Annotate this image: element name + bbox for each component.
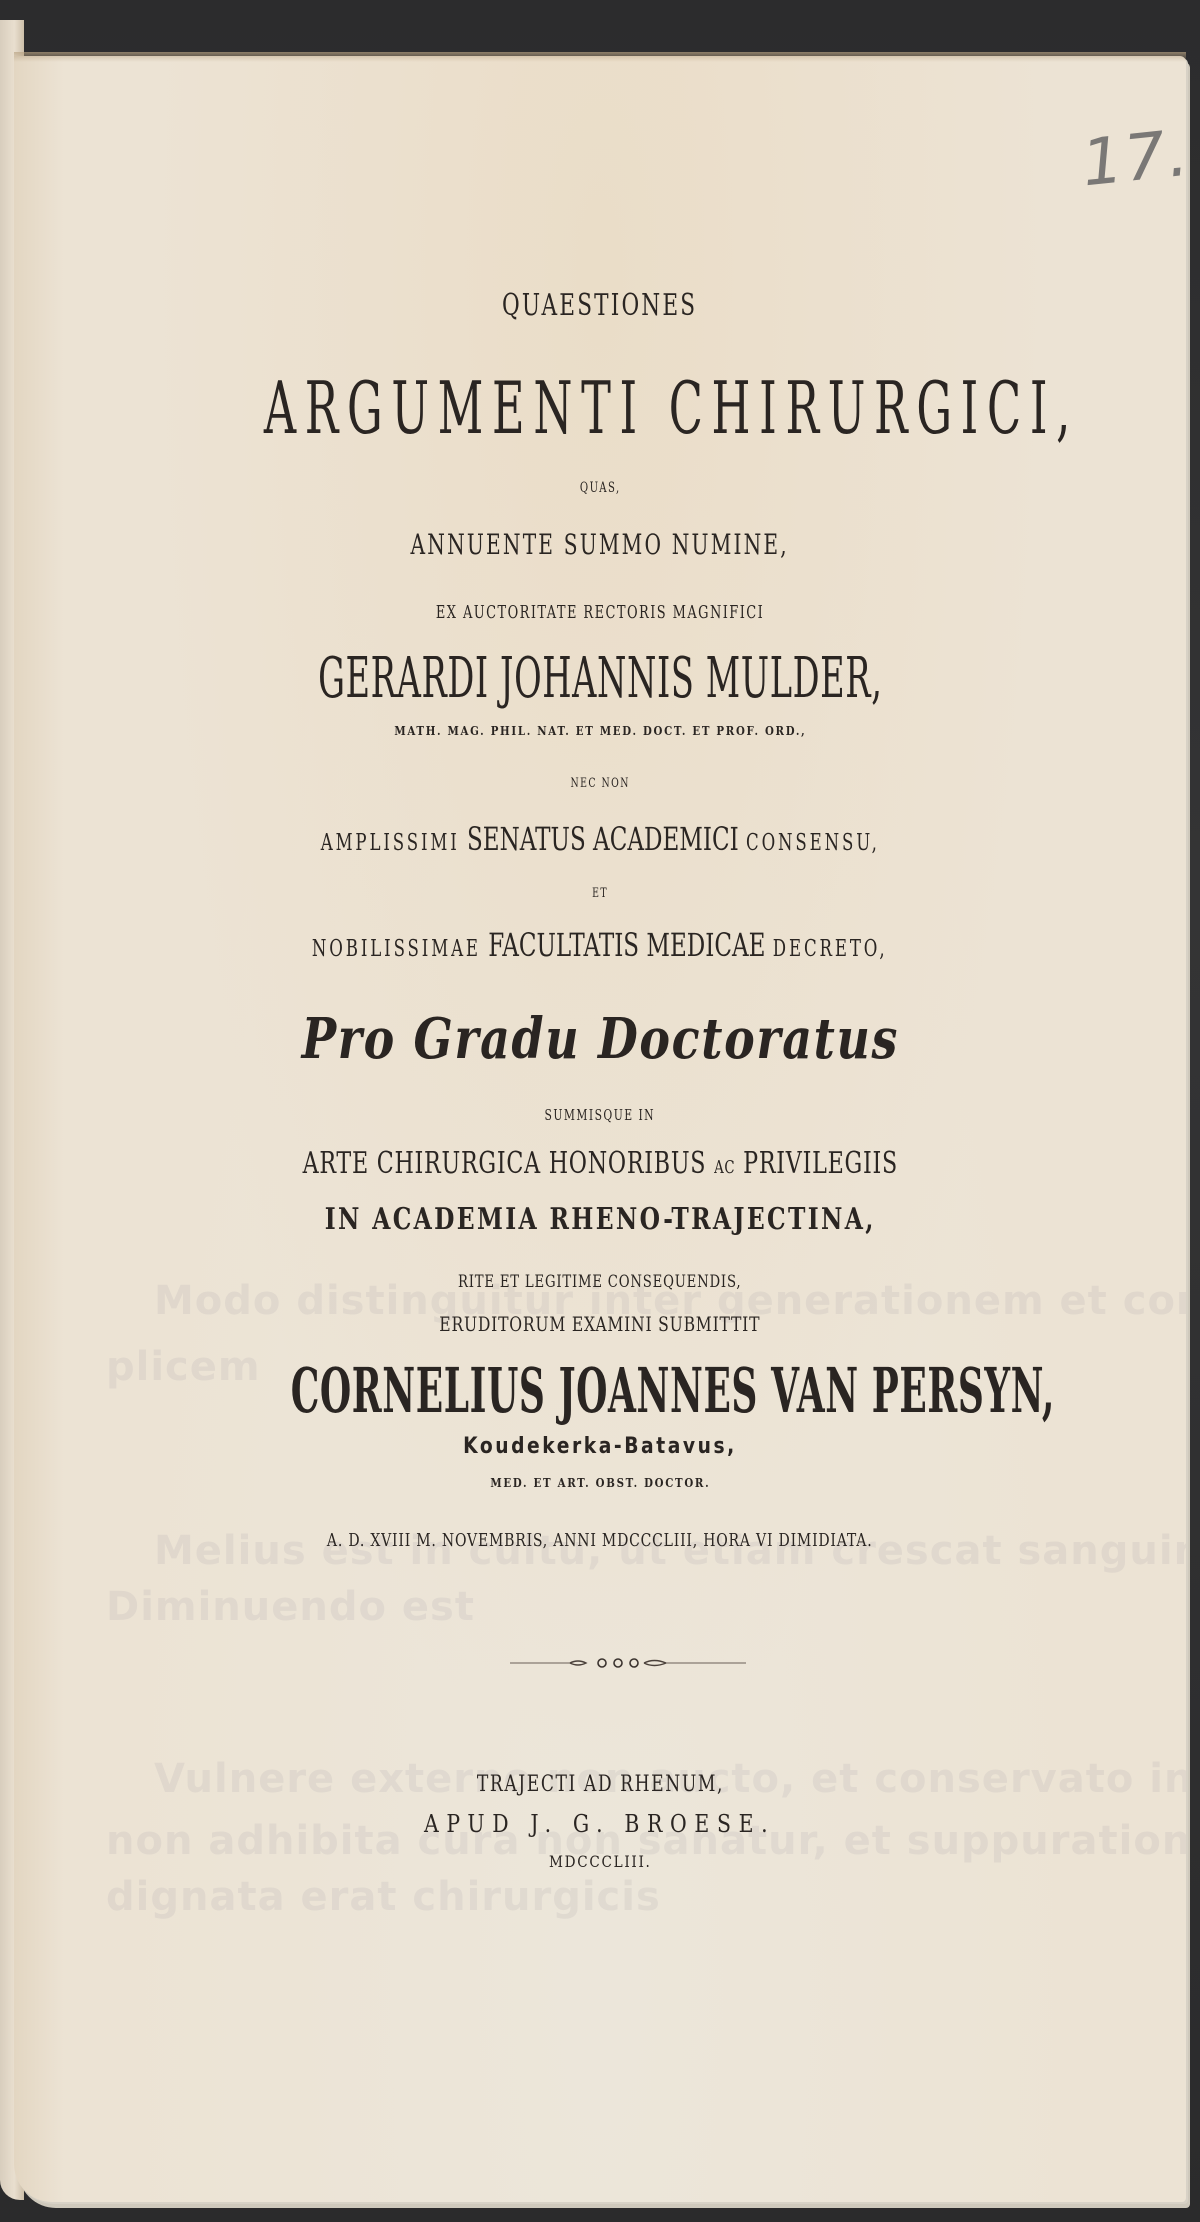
- nec-non: NEC NON: [14, 776, 1186, 791]
- rite-et-legitime: RITE ET LEGITIME CONSEQUENDIS,: [14, 1272, 1186, 1292]
- candidate-name: CORNELIUS JOANNES VAN PERSYN,: [14, 1354, 1186, 1427]
- title-quas: QUAS,: [14, 480, 1186, 496]
- title-quaestiones: QUAESTIONES: [14, 288, 1186, 323]
- ornament-divider-icon: [510, 1656, 750, 1670]
- degree-blackletter: Pro Gradu Doctoratus: [14, 1006, 1186, 1072]
- et-conjunction: ET: [14, 886, 1186, 901]
- senate-consent: AMPLISSIMI SENATUS ACADEMICI CONSENSU,: [14, 820, 1186, 858]
- title-annuente: ANNUENTE SUMMO NUMINE,: [14, 528, 1186, 561]
- title-page: Modo distinguitur inter generationem et …: [14, 56, 1186, 2202]
- handwritten-page-number: 17.: [1078, 117, 1186, 202]
- arte-chirurgica: ARTE CHIRURGICA HONORIBUS AC PRIVILEGIIS: [14, 1146, 1186, 1181]
- candidate-origin: Koudekerka-Batavus,: [14, 1434, 1186, 1459]
- rector-titles: MATH. MAG. PHIL. NAT. ET MED. DOCT. ET P…: [14, 724, 1186, 738]
- title-page-content: 17. QUAESTIONES ARGUMENTI CHIRURGICI, QU…: [14, 56, 1186, 2202]
- authority-intro: EX AUCTORITATE RECTORIS MAGNIFICI: [14, 602, 1186, 623]
- imprint-year: MDCCCLIII.: [14, 1852, 1186, 1871]
- imprint-city: TRAJECTI AD RHENUM,: [14, 1772, 1186, 1797]
- faculty-decree: NOBILISSIMAE FACULTATIS MEDICAE DECRETO,: [14, 926, 1186, 964]
- defense-date: A. D. XVIII M. NOVEMBRIS, ANNI MDCCCLIII…: [14, 1530, 1186, 1551]
- imprint-publisher: APUD J. G. BROESE.: [14, 1810, 1186, 1838]
- candidate-titles: MED. ET ART. OBST. DOCTOR.: [14, 1476, 1186, 1490]
- rector-name: GERARDI JOHANNIS MULDER,: [14, 646, 1186, 711]
- title-argumenti-chirurgici: ARGUMENTI CHIRURGICI,: [14, 366, 1186, 450]
- eruditorum-examini: ERUDITORUM EXAMINI SUBMITTIT: [14, 1312, 1186, 1336]
- academia-rheno-trajectina: IN ACADEMIA RHENO-TRAJECTINA,: [14, 1202, 1186, 1237]
- summisque-in: SUMMISQUE IN: [14, 1106, 1186, 1124]
- page-top-edge: [14, 52, 1186, 62]
